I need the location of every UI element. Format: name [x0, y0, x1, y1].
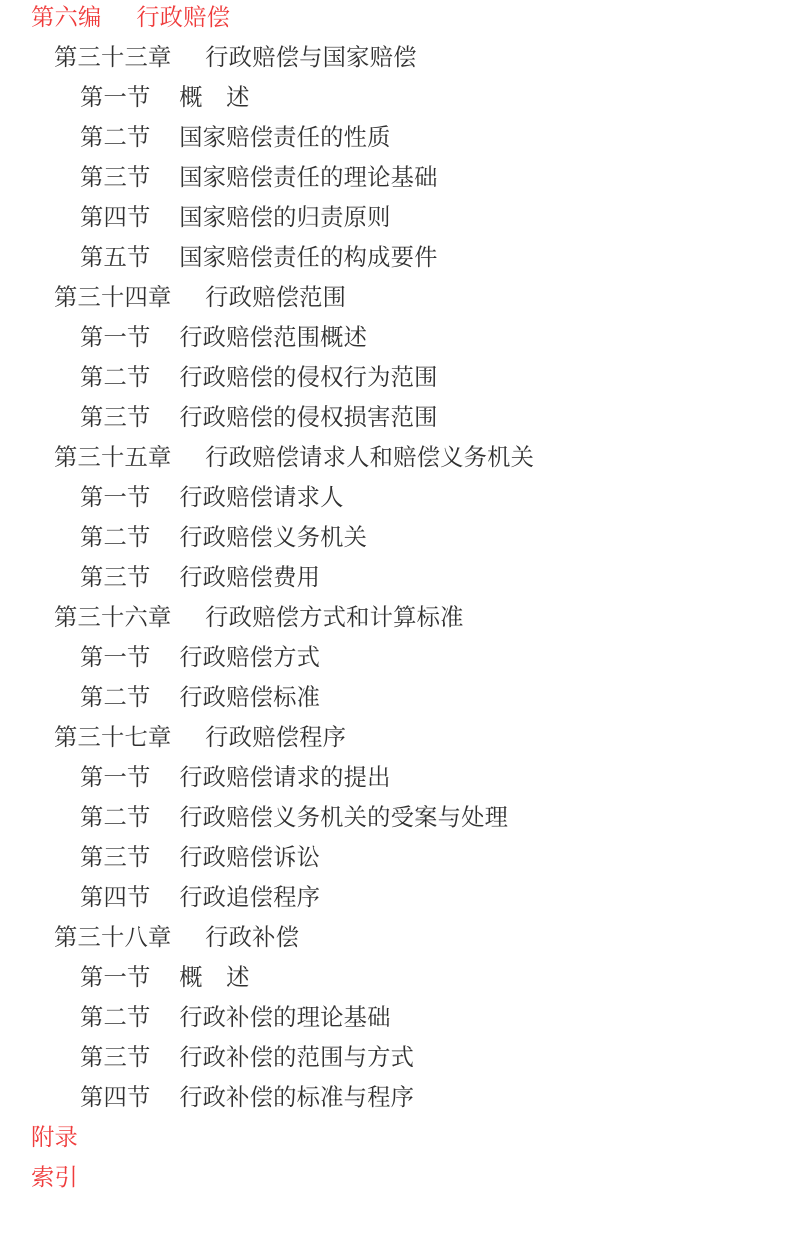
toc-section-entry[interactable]: 第一节 行政赔偿方式	[0, 637, 790, 677]
toc-entry-title: 行政补偿的理论基础	[179, 997, 390, 1037]
toc-entry-title: 行政赔偿请求人和赔偿义务机关	[205, 437, 534, 477]
toc-entry-title: 行政赔偿标准	[179, 677, 320, 717]
toc-section-entry[interactable]: 第五节 国家赔偿责任的构成要件	[0, 237, 790, 277]
toc-entry-number: 第一节	[80, 77, 151, 117]
toc-entry-title: 行政追偿程序	[179, 877, 320, 917]
toc-entry-number: 第二节	[80, 357, 151, 397]
toc-entry-title: 行政赔偿范围	[205, 277, 346, 317]
toc-section-entry[interactable]: 第二节 行政赔偿义务机关	[0, 517, 790, 557]
toc-entry-number: 第二节	[80, 517, 151, 557]
toc-entry-number: 附录	[31, 1117, 78, 1157]
toc-entry-title: 行政赔偿义务机关的受案与处理	[179, 797, 508, 837]
toc-section-entry[interactable]: 第二节 行政补偿的理论基础	[0, 997, 790, 1037]
toc-section-entry[interactable]: 第一节 概 述	[0, 957, 790, 997]
table-of-contents: 第六编 行政赔偿 第三十三章 行政赔偿与国家赔偿 第一节 概 述 第二节 国家赔…	[0, 0, 790, 1197]
toc-entry-title: 国家赔偿责任的性质	[179, 117, 390, 157]
toc-entry-title: 概 述	[179, 957, 250, 997]
toc-entry-number: 第一节	[80, 317, 151, 357]
toc-entry-title: 行政赔偿与国家赔偿	[205, 37, 416, 77]
toc-entry-number: 第三十三章	[54, 37, 171, 77]
toc-entry-number: 第三十八章	[54, 917, 171, 957]
toc-entry-title: 行政赔偿方式	[179, 637, 320, 677]
toc-section-entry[interactable]: 第二节 行政赔偿义务机关的受案与处理	[0, 797, 790, 837]
toc-entry-number: 第三节	[80, 837, 151, 877]
toc-chapter-entry[interactable]: 第三十三章 行政赔偿与国家赔偿	[0, 37, 790, 77]
toc-entry-title: 行政补偿	[205, 917, 299, 957]
toc-section-entry[interactable]: 第三节 行政赔偿费用	[0, 557, 790, 597]
toc-entry-number: 第一节	[80, 637, 151, 677]
toc-section-entry[interactable]: 第三节 行政补偿的范围与方式	[0, 1037, 790, 1077]
toc-section-entry[interactable]: 第四节 行政追偿程序	[0, 877, 790, 917]
toc-section-entry[interactable]: 第三节 行政赔偿诉讼	[0, 837, 790, 877]
toc-section-entry[interactable]: 第一节 概 述	[0, 77, 790, 117]
toc-chapter-entry[interactable]: 第三十四章 行政赔偿范围	[0, 277, 790, 317]
toc-entry-title: 国家赔偿责任的构成要件	[179, 237, 437, 277]
toc-section-entry[interactable]: 第四节 国家赔偿的归责原则	[0, 197, 790, 237]
toc-part-entry[interactable]: 第六编 行政赔偿	[0, 0, 790, 37]
toc-entry-number: 第一节	[80, 757, 151, 797]
toc-entry-title: 国家赔偿的归责原则	[179, 197, 390, 237]
toc-entry-number: 第二节	[80, 677, 151, 717]
toc-entry-title: 行政赔偿费用	[179, 557, 320, 597]
toc-part-entry[interactable]: 索引	[0, 1157, 790, 1197]
toc-entry-number: 第六编	[31, 0, 102, 37]
toc-entry-title: 行政赔偿的侵权损害范围	[179, 397, 437, 437]
toc-entry-title: 行政赔偿的侵权行为范围	[179, 357, 437, 397]
toc-entry-title: 行政补偿的标准与程序	[179, 1077, 414, 1117]
toc-entry-number: 第三十五章	[54, 437, 171, 477]
toc-entry-number: 第二节	[80, 117, 151, 157]
toc-entry-title: 行政赔偿义务机关	[179, 517, 367, 557]
toc-section-entry[interactable]: 第三节 行政赔偿的侵权损害范围	[0, 397, 790, 437]
toc-entry-number: 第三节	[80, 557, 151, 597]
toc-section-entry[interactable]: 第四节 行政补偿的标准与程序	[0, 1077, 790, 1117]
toc-chapter-entry[interactable]: 第三十八章 行政补偿	[0, 917, 790, 957]
toc-section-entry[interactable]: 第二节 行政赔偿标准	[0, 677, 790, 717]
toc-entry-title: 行政赔偿范围概述	[179, 317, 367, 357]
toc-entry-title: 行政补偿的范围与方式	[179, 1037, 414, 1077]
toc-entry-number: 第四节	[80, 197, 151, 237]
toc-chapter-entry[interactable]: 第三十七章 行政赔偿程序	[0, 717, 790, 757]
toc-entry-number: 第四节	[80, 877, 151, 917]
toc-entry-title: 行政赔偿	[136, 0, 230, 37]
toc-entry-number: 第三节	[80, 1037, 151, 1077]
toc-chapter-entry[interactable]: 第三十六章 行政赔偿方式和计算标准	[0, 597, 790, 637]
toc-entry-title: 行政赔偿诉讼	[179, 837, 320, 877]
toc-entry-number: 第三节	[80, 397, 151, 437]
toc-section-entry[interactable]: 第一节 行政赔偿请求人	[0, 477, 790, 517]
toc-entry-title: 概 述	[179, 77, 250, 117]
toc-entry-number: 索引	[31, 1157, 78, 1197]
toc-entry-number: 第二节	[80, 797, 151, 837]
toc-entry-title: 行政赔偿请求人	[179, 477, 343, 517]
toc-section-entry[interactable]: 第三节 国家赔偿责任的理论基础	[0, 157, 790, 197]
toc-entry-number: 第一节	[80, 957, 151, 997]
toc-entry-number: 第三十四章	[54, 277, 171, 317]
toc-entry-number: 第五节	[80, 237, 151, 277]
toc-entry-number: 第一节	[80, 477, 151, 517]
toc-entry-number: 第三十七章	[54, 717, 171, 757]
toc-entry-title: 国家赔偿责任的理论基础	[179, 157, 437, 197]
toc-entry-title: 行政赔偿方式和计算标准	[205, 597, 463, 637]
toc-entry-number: 第三节	[80, 157, 151, 197]
toc-entry-title: 行政赔偿程序	[205, 717, 346, 757]
toc-part-entry[interactable]: 附录	[0, 1117, 790, 1157]
toc-entry-title: 行政赔偿请求的提出	[179, 757, 390, 797]
toc-section-entry[interactable]: 第二节 国家赔偿责任的性质	[0, 117, 790, 157]
toc-section-entry[interactable]: 第一节 行政赔偿请求的提出	[0, 757, 790, 797]
toc-section-entry[interactable]: 第二节 行政赔偿的侵权行为范围	[0, 357, 790, 397]
toc-section-entry[interactable]: 第一节 行政赔偿范围概述	[0, 317, 790, 357]
toc-entry-number: 第四节	[80, 1077, 151, 1117]
toc-chapter-entry[interactable]: 第三十五章 行政赔偿请求人和赔偿义务机关	[0, 437, 790, 477]
toc-entry-number: 第三十六章	[54, 597, 171, 637]
toc-entry-number: 第二节	[80, 997, 151, 1037]
